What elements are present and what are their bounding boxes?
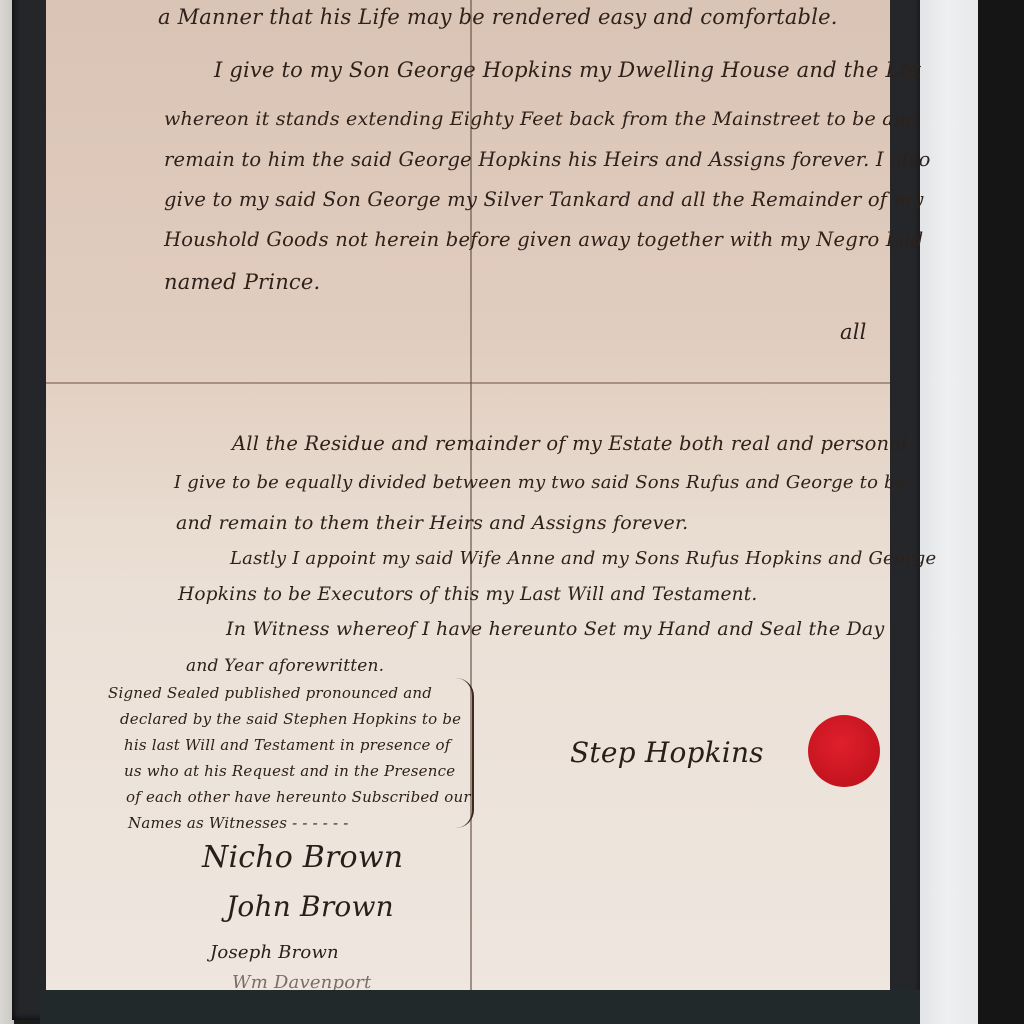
testator-signature: Step Hopkins [570, 736, 764, 769]
catchword: all [840, 320, 867, 344]
text-line: whereon it stands extending Eighty Feet … [164, 108, 919, 130]
horizontal-fold-line [46, 382, 890, 384]
text-line: declared by the said Stephen Hopkins to … [120, 710, 461, 728]
text-line: All the Residue and remainder of my Esta… [232, 432, 908, 455]
dark-wall-right [978, 0, 1024, 1024]
text-line: Houshold Goods not herein before given a… [164, 228, 923, 251]
text-line: a Manner that his Life may be rendered e… [158, 5, 838, 29]
text-line: of each other have hereunto Subscribed o… [126, 788, 471, 806]
text-line: I give to be equally divided between my … [174, 472, 907, 493]
curly-brace [456, 678, 474, 828]
text-line: us who at his Request and in the Presenc… [124, 762, 455, 780]
manuscript-page: a Manner that his Life may be rendered e… [46, 0, 890, 994]
text-line: I give to my Son George Hopkins my Dwell… [214, 58, 921, 82]
red-wax-seal [808, 715, 880, 787]
witness-signature: Joseph Brown [210, 942, 339, 963]
text-line: Names as Witnesses - - - - - - [128, 814, 349, 832]
witness-signature: Nicho Brown [202, 840, 403, 875]
text-line: Lastly I appoint my said Wife Anne and m… [230, 548, 936, 569]
text-line: named Prince. [164, 270, 320, 294]
witness-signature: John Brown [226, 890, 394, 923]
text-line: give to my said Son George my Silver Tan… [164, 188, 924, 211]
text-line: Signed Sealed published pronounced and [108, 684, 432, 702]
text-line: Hopkins to be Executors of this my Last … [178, 584, 757, 605]
text-line: and Year aforewritten. [186, 656, 384, 676]
text-line: remain to him the said George Hopkins hi… [164, 148, 931, 171]
frame-bottom-edge [40, 990, 920, 1024]
text-line: his last Will and Testament in presence … [124, 736, 451, 754]
text-line: and remain to them their Heirs and Assig… [176, 512, 688, 534]
text-line: In Witness whereof I have hereunto Set m… [226, 618, 884, 640]
